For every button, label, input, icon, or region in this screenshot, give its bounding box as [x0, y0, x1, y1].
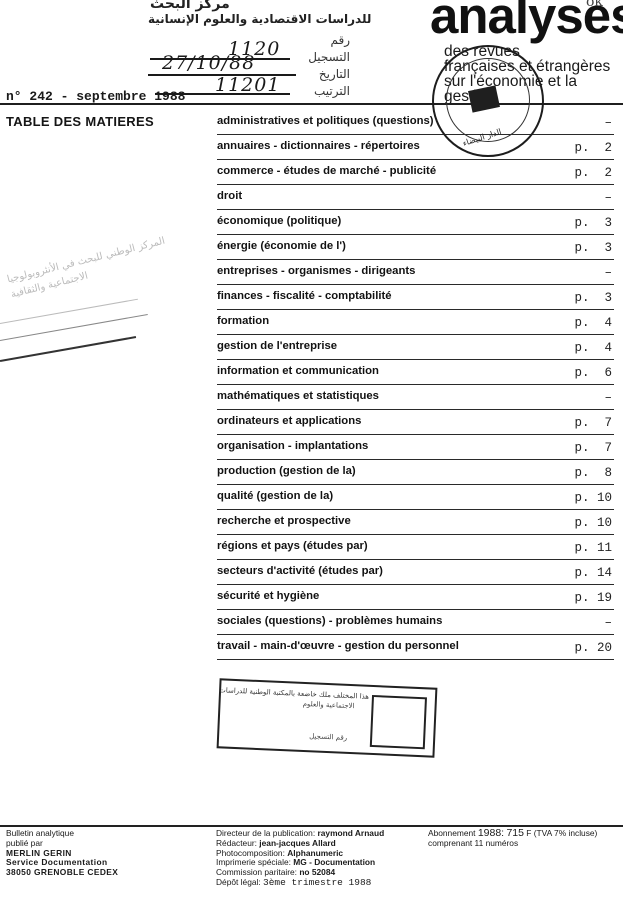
toc-row: entreprises - organismes - dirigeants–	[217, 260, 614, 285]
credit-value: no 52084	[299, 867, 335, 877]
toc-row: commerce - études de marché - publicitép…	[217, 160, 614, 185]
toc-row: annuaires - dictionnaires - répertoiresp…	[217, 135, 614, 160]
toc-row: finances - fiscalité - comptabilitép. 3	[217, 285, 614, 310]
toc-row: mathématiques et statistiques–	[217, 385, 614, 410]
toc-entry-label: information et communication	[217, 365, 379, 377]
toc-list: administratives et politiques (questions…	[217, 110, 614, 660]
toc-entry-label: entreprises - organismes - dirigeants	[217, 265, 415, 277]
toc-row: information et communicationp. 6	[217, 360, 614, 385]
publication-credits: Directeur de la publication: raymond Arn…	[216, 829, 384, 888]
stamp-field-labels: رقم التسجيل التاريخ الترتيب	[290, 32, 350, 100]
toc-row: sociales (questions) - problèmes humains…	[217, 610, 614, 635]
library-stamp: هذا المختلف ملك خاضعة بالمكتبة الوطنية ل…	[217, 678, 438, 757]
credit-label: Imprimerie spéciale:	[216, 857, 291, 867]
toc-entry-page: p. 2	[574, 166, 612, 180]
toc-entry-label: finances - fiscalité - comptabilité	[217, 290, 392, 302]
library-stamp-line-1: هذا المختلف ملك خاضعة بالمكتبة الوطنية ل…	[219, 686, 369, 701]
credit-value: Alphanumeric	[287, 848, 343, 858]
toc-entry-label: gestion de l'entreprise	[217, 340, 337, 352]
toc-entry-label: annuaires - dictionnaires - répertoires	[217, 140, 420, 152]
toc-entry-label: organisation - implantations	[217, 440, 368, 452]
toc-title: TABLE DES MATIERES	[6, 114, 154, 129]
toc-entry-page: –	[604, 391, 612, 405]
subscription-issues: comprenant 11 numéros	[428, 839, 597, 849]
toc-entry-label: secteurs d'activité (études par)	[217, 565, 383, 577]
toc-row: gestion de l'entreprisep. 4	[217, 335, 614, 360]
toc-entry-page: p. 4	[574, 341, 612, 355]
toc-entry-page: p. 10	[574, 491, 612, 505]
library-stamp-box	[370, 695, 427, 749]
registration-date: 27/10/88	[162, 52, 255, 74]
toc-row: travail - main-d'œuvre - gestion du pers…	[217, 635, 614, 660]
toc-entry-page: p. 6	[574, 366, 612, 380]
toc-entry-page: –	[604, 616, 612, 630]
publisher-address: 38050 GRENOBLE CEDEX	[6, 868, 118, 878]
toc-entry-page: p. 10	[574, 516, 612, 530]
toc-entry-page: –	[604, 116, 612, 130]
toc-entry-page: p. 14	[574, 566, 612, 580]
issue-number: n° 242 - septembre 1988	[6, 89, 185, 104]
toc-entry-label: régions et pays (études par)	[217, 540, 368, 552]
toc-row: économique (politique)p. 3	[217, 210, 614, 235]
toc-entry-label: production (gestion de la)	[217, 465, 356, 477]
toc-entry-label: sociales (questions) - problèmes humains	[217, 615, 442, 627]
stamp-label-number: رقم التسجيل	[290, 32, 350, 66]
footer-divider	[0, 825, 623, 827]
toc-entry-page: –	[604, 191, 612, 205]
stamp-arabic-line-2: للدراسات الاقتصادية والعلوم الإنسانية	[148, 12, 371, 26]
toc-row: régions et pays (études par)p. 11	[217, 535, 614, 560]
toc-entry-page: p. 4	[574, 316, 612, 330]
toc-entry-page: p. 2	[574, 141, 612, 155]
subscription-label: Abonnement	[428, 828, 476, 838]
faint-stamp: المركز الوطني للبحث في الأنثروبولوجيا ال…	[0, 225, 200, 375]
subscription-info: Abonnement 1988: 715 F (TVA 7% incluse) …	[428, 829, 597, 849]
toc-entry-label: formation	[217, 315, 269, 327]
stamp-label-date: التاريخ	[290, 66, 350, 83]
toc-entry-label: économique (politique)	[217, 215, 341, 227]
toc-row: ordinateurs et applicationsp. 7	[217, 410, 614, 435]
library-stamp-line-3: رقم التسجيل	[309, 732, 347, 742]
toc-row: organisation - implantationsp. 7	[217, 435, 614, 460]
stamp-label-order: الترتيب	[290, 83, 350, 100]
credit-label: Rédacteur:	[216, 838, 257, 848]
publisher-info: Bulletin analytique publié par MERLIN GE…	[6, 829, 118, 878]
subscription-terms: F (TVA 7% incluse)	[526, 828, 597, 838]
toc-entry-label: qualité (gestion de la)	[217, 490, 333, 502]
toc-entry-page: p. 19	[574, 591, 612, 605]
toc-entry-label: droit	[217, 190, 242, 202]
toc-entry-label: mathématiques et statistiques	[217, 390, 379, 402]
toc-entry-label: travail - main-d'œuvre - gestion du pers…	[217, 640, 459, 652]
credit-line: Dépôt légal: 3ème trimestre 1988	[216, 878, 384, 888]
toc-row: formationp. 4	[217, 310, 614, 335]
toc-entry-page: p. 3	[574, 291, 612, 305]
credit-label: Photocomposition:	[216, 848, 285, 858]
toc-entry-label: recherche et prospective	[217, 515, 351, 527]
toc-row: secteurs d'activité (études par)p. 14	[217, 560, 614, 585]
toc-entry-page: p. 20	[574, 641, 612, 655]
toc-entry-page: –	[604, 266, 612, 280]
toc-entry-page: p. 7	[574, 441, 612, 455]
toc-row: droit–	[217, 185, 614, 210]
stamp-arabic-line-1: مركز البحث	[150, 0, 230, 12]
toc-entry-page: p. 3	[574, 241, 612, 255]
toc-row: énergie (économie de l')p. 3	[217, 235, 614, 260]
credit-label: Dépôt légal:	[216, 877, 261, 887]
toc-row: qualité (gestion de la)p. 10	[217, 485, 614, 510]
toc-entry-label: énergie (économie de l')	[217, 240, 346, 252]
credit-value: raymond Arnaud	[318, 828, 385, 838]
toc-entry-label: sécurité et hygiène	[217, 590, 319, 602]
credit-value: 3ème trimestre 1988	[263, 877, 371, 888]
credit-label: Directeur de la publication:	[216, 828, 315, 838]
toc-row: recherche et prospectivep. 10	[217, 510, 614, 535]
toc-entry-page: p. 3	[574, 216, 612, 230]
toc-entry-label: ordinateurs et applications	[217, 415, 361, 427]
toc-row: sécurité et hygiènep. 19	[217, 585, 614, 610]
toc-entry-page: p. 7	[574, 416, 612, 430]
library-stamp-line-2: الاجتماعية والعلوم	[302, 700, 354, 710]
toc-row: administratives et politiques (questions…	[217, 110, 614, 135]
credit-label: Commission paritaire:	[216, 867, 297, 877]
toc-entry-page: p. 11	[574, 541, 612, 555]
toc-entry-label: commerce - études de marché - publicité	[217, 165, 436, 177]
toc-entry-label: administratives et politiques (questions…	[217, 115, 434, 127]
toc-row: production (gestion de la)p. 8	[217, 460, 614, 485]
toc-entry-page: p. 8	[574, 466, 612, 480]
credit-value: MG - Documentation	[293, 857, 375, 867]
corner-mark: ok	[586, 0, 603, 10]
credit-value: jean-jacques Allard	[259, 838, 336, 848]
